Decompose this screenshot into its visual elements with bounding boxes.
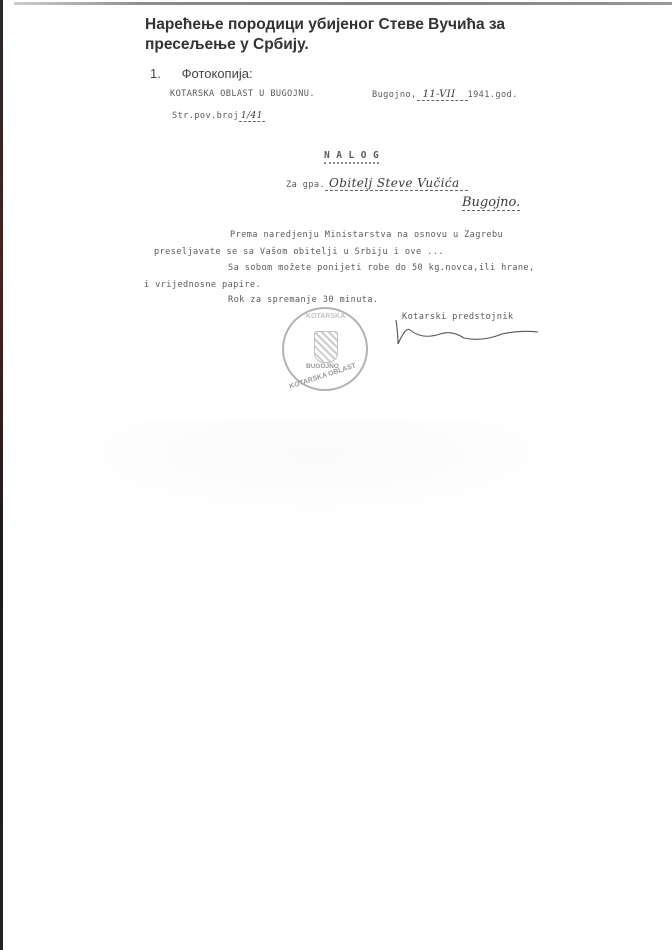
place-date: Bugojno,11-VII1941.god. (372, 89, 518, 100)
year-suffix: 1941.god. (468, 90, 518, 100)
body-line-1: Prema naredjenju Ministarstva na osnovu … (230, 230, 503, 240)
city-handwritten: Bugojno. (462, 195, 520, 211)
body-line-3: Sa sobom možete ponijeti robe do 50 kg.n… (228, 263, 535, 273)
scan-top-rule (14, 2, 672, 5)
section-label-text: Фотокопија: (182, 66, 253, 81)
page-title: Нарећење породици убијеног Стеве Вучића … (145, 15, 565, 55)
official-stamp: KOTARSKA BUGOJNO KOTARSKA OBLAST (282, 307, 368, 391)
body-line-4: i vrijednosne papire. (144, 280, 261, 290)
ref-handwritten: 1/41 (239, 111, 265, 122)
stamp-top-text: KOTARSKA (306, 313, 345, 320)
coat-of-arms-icon (314, 331, 338, 363)
addressee-prefix: Za gpa. (286, 180, 325, 190)
scan-left-edge (0, 0, 3, 950)
document-heading: N A L O G (324, 150, 379, 164)
addressee-handwritten: Obitelj Steve Vučića (325, 176, 468, 191)
body-line-5: Rok za spremanje 30 minuta. (228, 295, 379, 305)
office-line: KOTARSKA OBLAST U BUGOJNU. (170, 89, 315, 99)
place-prefix: Bugojno, (372, 90, 417, 100)
body-line-2: preseljavate se sa Vašom obitelji u Srbi… (154, 247, 444, 257)
ref-prefix: Str.pov.broj (172, 111, 239, 121)
reference-number: Str.pov.broj1/41 (172, 111, 265, 121)
section-label: 1. Фотокопија: (150, 66, 253, 81)
section-number: 1. (150, 66, 178, 81)
paper-shading (10, 420, 620, 530)
addressee-line: Za gpa.Obitelj Steve Vučića (286, 176, 468, 190)
date-handwritten: 11-VII (417, 89, 468, 101)
signature-scrawl (392, 318, 542, 350)
